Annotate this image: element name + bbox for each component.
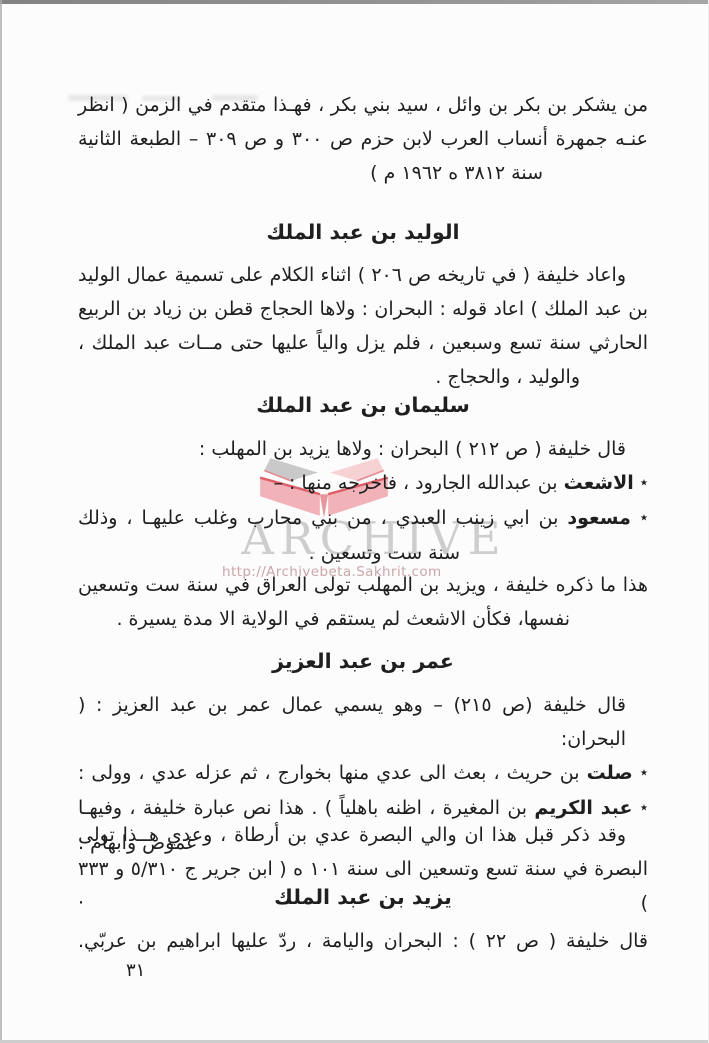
bullet-text: بن عبدالله الجارود ، فاخرجه منها : – <box>273 472 557 494</box>
paragraph-comment: هذا ما ذكره خليفة ، ويزيد بن المهلب تولى… <box>78 568 648 636</box>
bullet-line: ٭ الاشعث بن عبدالله الجارود ، فاخرجه منه… <box>78 466 648 501</box>
text-line: هذا ما ذكره خليفة ، ويزيد بن المهلب تولى… <box>78 568 648 602</box>
scanned-book-page: { "page": { "number": "٣١", "background"… <box>0 0 709 1043</box>
bullet-name: الاشعث <box>564 472 634 494</box>
paragraph-sulayman: قال خليفة ( ص ٢١٢ ) البحران : ولاها يزيد… <box>78 432 648 570</box>
text-line: قال خليفة ( ص ٢٢ ) : البحران واليامة ، ر… <box>78 924 648 958</box>
paragraph-yazid: قال خليفة ( ص ٢٢ ) : البحران واليامة ، ر… <box>78 924 648 958</box>
text-line: سنة ٣٨١٢ ه ١٩٦٢ م ) <box>78 156 648 190</box>
text-line: عنـه جمهرة أنساب العرب لابن حزم ص ٣٠٠ و … <box>78 122 648 156</box>
bullet-star: ٭ <box>640 500 648 534</box>
text-line: وقد ذكر قبل هذا ان والي البصرة عدي بن أر… <box>78 818 648 852</box>
section-heading-walid: الوليد بن عبد الملك <box>78 219 648 245</box>
bullet-star: ٭ <box>640 465 648 499</box>
text-line: من يشكر بن بكر بن وائل ، سيد بني بكر ، ف… <box>78 88 648 122</box>
bullet-text: بن ابي زينب العبدي ، من بني محارب وغلب ع… <box>78 507 558 529</box>
bullet-name: صلت <box>587 762 633 784</box>
text-line: والوليد ، والحجاج . <box>78 360 648 394</box>
bullet-text: بن حريث ، بعث الى عدي منها بخوارج ، ثم ع… <box>78 762 580 784</box>
text-line: نفسها، فكأن الاشعث لم يستقم في الولاية ا… <box>78 602 648 636</box>
text-line: قال خليفة (ص ٢١٥) – وهو يسمي عمال عمر بن… <box>78 688 648 756</box>
section-heading-yazid: يزيد بن عبد الملك <box>78 884 648 910</box>
scan-top-edge <box>0 0 709 4</box>
bullet-line: ٭ صلت بن حريث ، بعث الى عدي منها بخوارج … <box>78 756 648 791</box>
text-line: قال خليفة ( ص ٢١٢ ) البحران : ولاها يزيد… <box>78 432 648 466</box>
text-line: الحارثي سنة تسع وسبعين ، فلم يزل والياً … <box>78 326 648 360</box>
paragraph-walid: واعاد خليفة ( في تاريخه ص ٢٠٦ ) اثناء ال… <box>78 258 648 394</box>
bullet-name: مسعود <box>567 507 631 529</box>
text-line: سنة ست وتسعين . <box>78 536 648 570</box>
bullet-text: بن المغيرة ، اظنه باهلياً ) . هذا نص عبا… <box>78 797 527 819</box>
scan-left-edge <box>0 0 2 1043</box>
page-number: ٣١ <box>126 960 145 981</box>
opening-paragraph: من يشكر بن بكر بن وائل ، سيد بني بكر ، ف… <box>78 88 648 190</box>
bullet-star: ٭ <box>640 755 648 789</box>
section-heading-umar: عمر بن عبد العزيز <box>78 648 648 674</box>
section-heading-sulayman: سليمان بن عبد الملك <box>78 392 648 418</box>
bullet-name: عبد الكريم <box>534 797 632 819</box>
text-line: واعاد خليفة ( في تاريخه ص ٢٠٦ ) اثناء ال… <box>78 258 648 292</box>
page-text: من يشكر بن بكر بن وائل ، سيد بني بكر ، ف… <box>0 0 709 1043</box>
text-line: بن عبد الملك ) اعاد قوله : البحران : ولا… <box>78 292 648 326</box>
bullet-line: ٭ مسعود بن ابي زينب العبدي ، من بني محار… <box>78 501 648 536</box>
